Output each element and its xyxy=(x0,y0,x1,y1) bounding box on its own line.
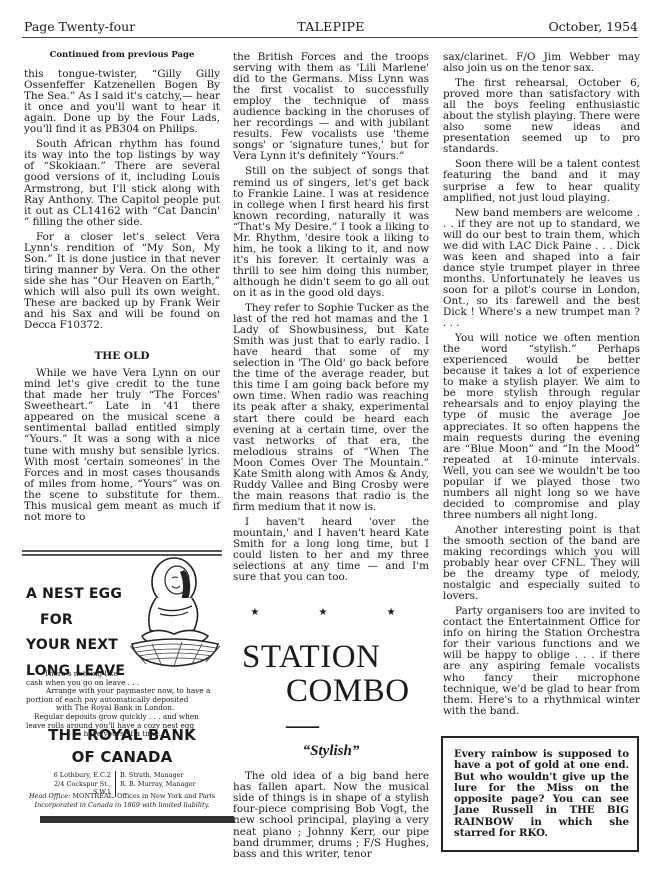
paragraph: New band members are welcome . . . if th… xyxy=(443,208,640,330)
column-2: the British Forces and the troops servin… xyxy=(233,52,429,864)
paragraph: While we have Vera Lynn on our mind let'… xyxy=(24,368,220,523)
section-heading: THE OLD xyxy=(24,351,220,362)
paragraph: Party organisers too are invited to cont… xyxy=(443,606,640,716)
manager-line: R. B. Murray, Manager xyxy=(120,780,196,789)
bank-name-line: OF CANADA xyxy=(22,746,222,768)
column-1: Continued from previous Page this tongue… xyxy=(24,48,220,527)
article-title: STATION COMBO— xyxy=(242,640,429,742)
paragraph: I haven't heard 'over the mountain,' and… xyxy=(233,517,429,583)
person-sitting-in-nest-icon xyxy=(122,552,222,672)
continued-label: Continued from previous Page xyxy=(24,50,220,61)
article-title-line: COMBO— xyxy=(242,674,429,742)
header-divider xyxy=(22,37,638,38)
column-3: sax/clarinet. F/O Jim Webber may also jo… xyxy=(443,52,640,721)
article-title-line: STATION xyxy=(242,639,380,675)
paragraph: South African rhythm has found its way i… xyxy=(24,139,220,227)
paragraph: Soon there will be a talent contest feat… xyxy=(443,159,640,203)
head-office-text: MONTREAL. Offices in New York and Paris xyxy=(72,792,215,800)
paragraph: The old idea of a big band here has fall… xyxy=(233,771,429,859)
paragraph: You will notice we often mention the wor… xyxy=(443,333,640,521)
issue-date: October, 1954 xyxy=(548,19,638,34)
paragraph: the British Forces and the troops servin… xyxy=(233,52,429,162)
royal-bank-advertisement: A NEST EGG FOR YOUR NEXT LONG LEAVE xyxy=(22,548,222,873)
bank-name: THE ROYAL BANK OF CANADA xyxy=(22,724,222,768)
ad-headline-line: A NEST EGG xyxy=(26,582,125,608)
paragraph: Still on the subject of songs that remin… xyxy=(233,166,429,299)
address-line: 6 Lothbury, E.C.2 xyxy=(36,771,111,780)
paragraph: For a closer let's select Vera Lynn's re… xyxy=(24,232,220,331)
section-separator: ★ ★ ★ xyxy=(245,607,429,618)
page-header: Page Twenty-four TALEPIPE October, 1954 xyxy=(24,16,638,36)
ad-bottom-bar xyxy=(40,816,234,823)
bank-footer: Head Office: MONTREAL. Offices in New Yo… xyxy=(22,792,222,809)
paragraph: this tongue-twister, “Gilly Gilly Ossenf… xyxy=(24,69,220,135)
bank-name-line: THE ROYAL BANK xyxy=(22,724,222,746)
article-subtitle: “Stylish” xyxy=(233,746,429,757)
manager-line: B. Strath, Manager xyxy=(120,771,196,780)
ad-headline-line: FOR xyxy=(26,608,125,634)
ad-headline-line: YOUR NEXT xyxy=(26,633,125,659)
boxed-note: Every rainbow is supposed to have a pot … xyxy=(441,736,639,852)
paragraph: sax/clarinet. F/O Jim Webber may also jo… xyxy=(443,52,640,74)
paragraph: The first rehearsal, October 6, proved m… xyxy=(443,78,640,155)
incorporation-text: Incorporated in Canada in 1869 with limi… xyxy=(22,801,222,810)
paragraph: They refer to Sophie Tucker as the last … xyxy=(233,303,429,513)
head-office-label: Head Office: xyxy=(29,792,70,800)
paragraph: Another interesting point is that the sm… xyxy=(443,525,640,602)
publication-title: TALEPIPE xyxy=(24,19,638,34)
